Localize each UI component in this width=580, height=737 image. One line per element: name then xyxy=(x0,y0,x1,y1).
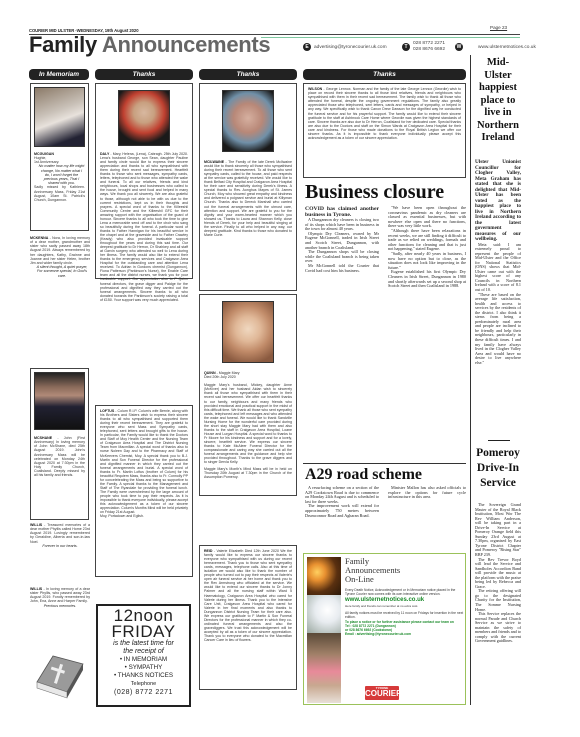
online-text-3: All family notices must be received by 1… xyxy=(345,611,464,619)
pomeroy-p1: The Sovereign Grand Master of the Royal … xyxy=(475,503,521,558)
deadline-day: FRIDAY xyxy=(98,624,189,640)
mckenna-body: - Nora, In loving memory of a dear mothe… xyxy=(30,236,90,265)
email-address[interactable]: advertising@tyronecourier.uk.com xyxy=(314,45,387,50)
daly-body: - Mary, Helena, (Lena), Cabragh. 25th Ju… xyxy=(100,152,188,302)
loftus-body: - Colum R.I.P. Colum's wife Bernie, alon… xyxy=(100,409,188,514)
business-p3: The Dungannon shops will be closing whil… xyxy=(305,250,379,264)
business-p7: "Sadly, after nearly 40 years in busines… xyxy=(388,252,466,270)
web-contact[interactable]: W www.ulsternetnotices.co.uk xyxy=(455,43,536,51)
midulster-lead: Ulster Unionist Councillor for Clogher V… xyxy=(475,160,521,243)
bible-icon xyxy=(33,652,88,702)
business-col-2: "We have been open throughout the corona… xyxy=(388,206,466,289)
mcilwaine-photo xyxy=(222,90,274,152)
courier-logo-text: COURIER xyxy=(365,690,399,698)
section-thanks-1: Thanks xyxy=(95,69,193,80)
deadline-tel: (028) 8772 2271 xyxy=(98,688,189,697)
business-col-1: COVID has claimed another business in Ty… xyxy=(305,206,379,273)
online-text-1: Every Death Notice, Acknowledgement or I… xyxy=(345,588,464,596)
online-text-2: Here family and friends can remember at … xyxy=(345,604,464,608)
online-url[interactable]: www.ulsternetnotices.co.uk xyxy=(345,596,464,604)
article-divider xyxy=(488,440,510,441)
pomeroy-p4: This Service replaces the normal Parade … xyxy=(475,612,521,644)
phone-2: 028 8676 6692 xyxy=(413,47,445,53)
quinn-notice: QUINN - Maggie MaryDied 20th July 2020 M… xyxy=(199,294,297,496)
quinn-mass: Maggie Mary's Month's Mind Mass will be … xyxy=(204,467,292,479)
header-rule-right xyxy=(261,34,520,35)
section-thanks-3: Thanks xyxy=(303,69,466,80)
section-in-memoriam: In Memoriam xyxy=(29,69,89,80)
online-ad-title: Family Announcements On-Line xyxy=(345,557,400,584)
mcguigan-photo xyxy=(34,87,85,147)
a29-p1: A resurfacing scheme on a section of the… xyxy=(305,486,379,504)
deadline-item-sympathy: • SYMPATHY xyxy=(98,664,189,672)
midulster-p1: Meta said: I am extremely proud to repre… xyxy=(475,243,521,293)
web-icon: W xyxy=(455,43,463,51)
mcilwaine-body: - The Family of the late Derek McIlwaine… xyxy=(204,160,292,237)
business-p4: Mr McGonnell told the Courier that Covid… xyxy=(305,264,379,273)
pomeroy-headline: Pomeroy Drive-In Service xyxy=(475,446,521,491)
quinn-photo xyxy=(222,301,274,363)
a29-p3: Minister Mallon has also asked officials… xyxy=(388,486,466,500)
phone-numbers: 028 8772 2271 028 8676 6692 xyxy=(413,41,445,53)
online-title-3: On-Line xyxy=(345,575,400,584)
mcshane-body: - John (First Anniversary) In loving mem… xyxy=(34,436,85,477)
willis-notice-1: WILLIS - Treasured memories of a dear mo… xyxy=(30,523,90,548)
midulster-headline: Mid-Ulster happiest place to live in Nor… xyxy=(475,57,521,145)
midulster-article: Ulster Unionist Councillor for Clogher V… xyxy=(475,160,521,365)
mcguigan-notice: MCGUIGAN Hughie, 1st Anniversary. No mat… xyxy=(30,83,89,231)
email-contact[interactable]: E advertising@tyronecourier.uk.com xyxy=(303,43,387,51)
candles-image xyxy=(307,557,341,595)
title-announcements: Announcements xyxy=(102,32,270,57)
green-rule xyxy=(261,37,520,38)
wilson-notice: WILSON - George Lennox. Norman and the f… xyxy=(303,83,466,178)
a29-col-1: A resurfacing scheme on a section of the… xyxy=(305,486,379,518)
a29-p2: The improvement work will extend for app… xyxy=(305,504,379,518)
quinn-body: Maggie Mary's husband, Mickey, daughter … xyxy=(204,383,292,464)
mcguigan-verse: No matter how my life might change, No m… xyxy=(38,164,85,185)
business-p8: Eugene established his first Olympic Dry… xyxy=(388,270,466,288)
mcilwaine-notice: MCILWAINE - The Family of the late Derek… xyxy=(199,83,297,291)
reid-body: - Valerie Elizabeth Died 12th June 2020 … xyxy=(204,549,292,642)
willis2-verse: Precious memories. xyxy=(30,604,90,608)
business-p2: Olympic Dry Cleaners, owned by Mr Eugene… xyxy=(305,232,379,250)
quinn-died: Died 20th July 2020 xyxy=(204,375,236,379)
courier-logo: TYRONE COURIER xyxy=(365,686,399,700)
pomeroy-p3: The retiring offering will go to the des… xyxy=(475,589,521,612)
loftus-signoff: Moy, Portadown and Eglish. xyxy=(100,514,144,518)
online-ad-text: Every Death Notice, Acknowledgement or I… xyxy=(345,588,464,636)
wilson-body: - George Lennox. Norman and the family o… xyxy=(308,87,461,140)
mcshane-notice: MCSHANE - John (First Anniversary) In lo… xyxy=(30,368,89,520)
title-family: Family xyxy=(29,32,97,57)
mcguigan-mass: Sadly missed by Kathleen. Anniversary Ma… xyxy=(34,185,85,202)
business-headline: Business closure xyxy=(305,181,444,203)
online-contact-4[interactable]: Email : advertising@tyronecourier.uk.com xyxy=(345,632,464,636)
willis-notice-2: WILLIS - In loving memory of a dear sist… xyxy=(30,587,90,608)
business-p5: "We have been open throughout the corona… xyxy=(388,206,466,229)
deadline-line4: the receipt of xyxy=(98,648,189,656)
pomeroy-p2: The Rev Trevor Boyd will lead the Servic… xyxy=(475,558,521,590)
hands-image xyxy=(307,633,341,703)
midulster-p2: "These are based on the average life sat… xyxy=(475,293,521,366)
a29-col-2: Minister Mallon has also asked officials… xyxy=(388,486,466,500)
loftus-notice: LOFTUS - Colum R.I.P. Colum's wife Berni… xyxy=(95,405,193,577)
mcshane-photo xyxy=(34,372,85,430)
business-p6: "Although there have been relaxations in… xyxy=(388,229,466,252)
page-title: Family Announcements xyxy=(29,33,270,57)
mckenna-notice: MCKENNA - Nora, In loving memory of a de… xyxy=(30,236,90,278)
daly-notice: DALY - Mary, Helena, (Lena), Cabragh. 25… xyxy=(95,83,193,279)
deadline-line3: is the latest time for xyxy=(98,640,189,648)
phone-contact: T 028 8772 2271 028 8676 6692 xyxy=(402,41,445,53)
online-ad[interactable]: Family Announcements On-Line Every Death… xyxy=(303,553,466,705)
section-thanks-2: Thanks xyxy=(199,69,297,80)
deadline-ad: 12noon FRIDAY is the latest time for the… xyxy=(96,604,191,707)
pomeroy-article: The Sovereign Grand Master of the Royal … xyxy=(475,503,521,644)
deadline-tel-label: Telephone xyxy=(98,681,189,688)
reid-notice: REID - Valerie Elizabeth Died 12th June … xyxy=(199,545,297,690)
phone-icon: T xyxy=(402,43,410,51)
lily-image xyxy=(307,595,341,633)
column-divider xyxy=(470,55,471,705)
willis1-verse: Forever in our hearts. xyxy=(30,544,90,548)
deadline-item-thanks: • THANKS NOTICES xyxy=(98,672,189,680)
mckenna-verse: A silent thought, A quiet prayer, For so… xyxy=(34,265,90,278)
deadline-item-memoriam: • IN MEMORIAM xyxy=(98,656,189,664)
page-number: Page 23 xyxy=(490,25,507,30)
email-icon: E xyxy=(303,43,311,51)
website-link[interactable]: www.ulsternetnotices.co.uk xyxy=(478,45,536,50)
daly-photo xyxy=(118,90,170,146)
business-p1: A Dungannon dry cleaners is closing two … xyxy=(305,218,379,232)
section-divider xyxy=(303,463,466,464)
a29-headline: A29 road scheme xyxy=(305,466,422,484)
